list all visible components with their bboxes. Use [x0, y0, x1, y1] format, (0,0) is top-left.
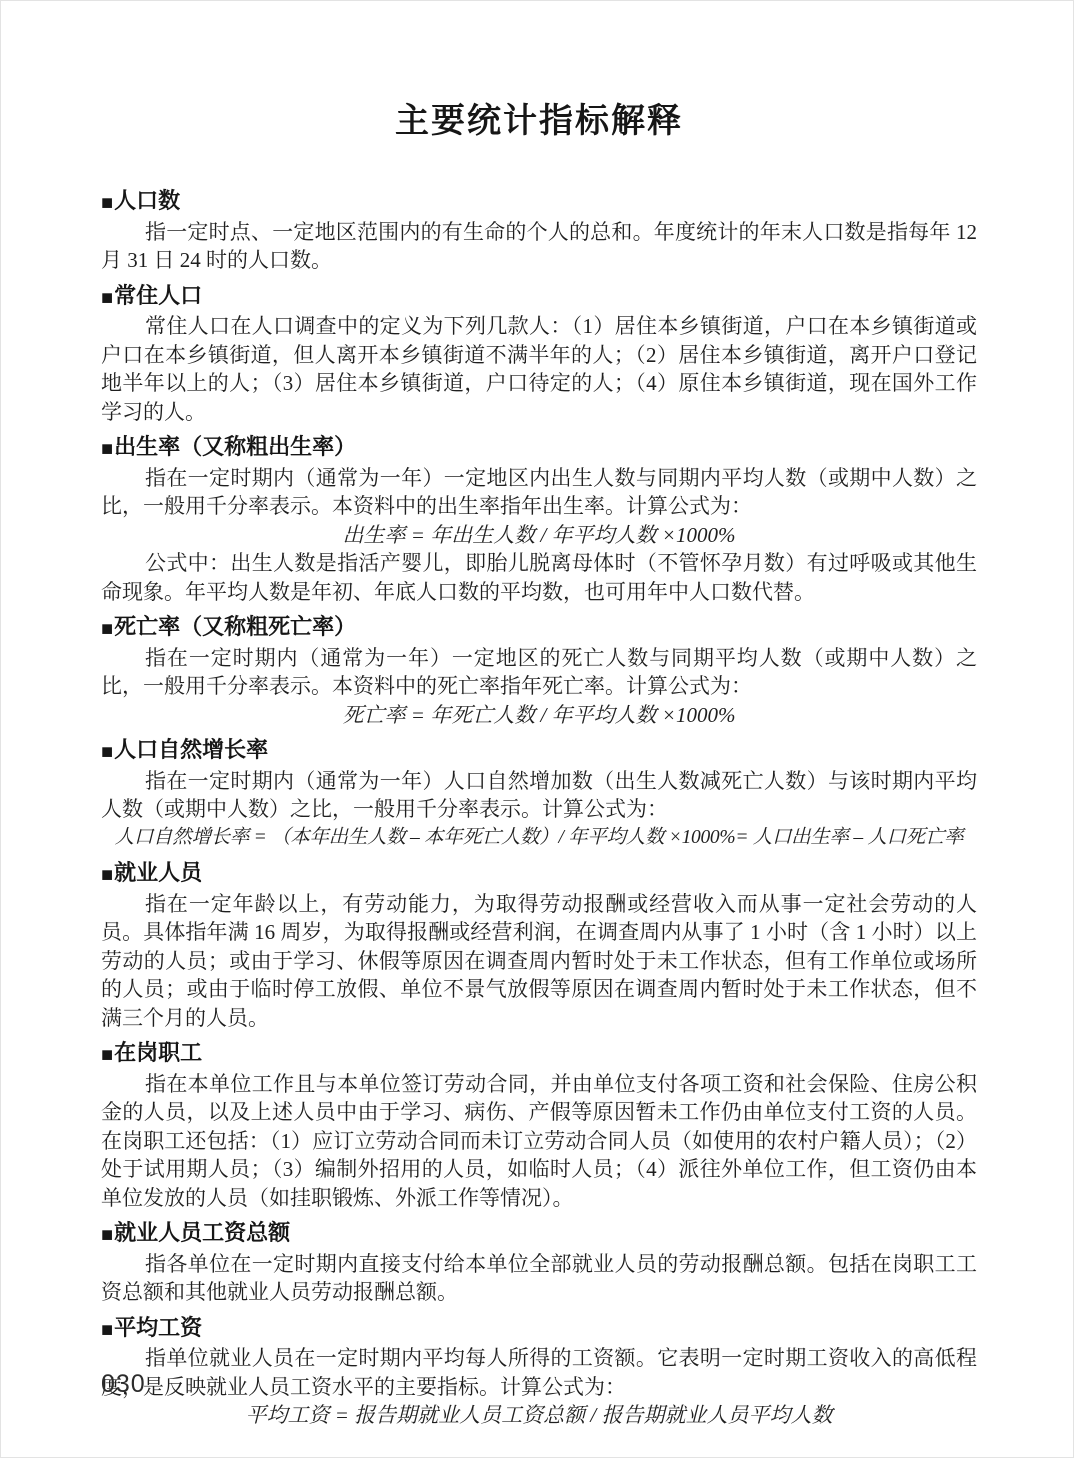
- section-heading-text: 在岗职工: [114, 1040, 202, 1065]
- section-heading: ■人口数: [101, 187, 977, 218]
- page-title: 主要统计指标解释: [101, 101, 977, 141]
- section-bullet-icon: ■: [101, 615, 113, 644]
- section-heading: ■平均工资: [101, 1314, 977, 1345]
- section-heading-text: 常住人口: [114, 283, 202, 308]
- section-heading: ■就业人员: [101, 859, 977, 890]
- formula: 人口自然增长率 = （本年出生人数 – 本年死亡人数）/ 年平均人数 ×1000…: [101, 824, 977, 853]
- paragraph: 指在本单位工作且与本单位签订劳动合同，并由单位支付各项工资和社会保险、住房公积金…: [101, 1070, 977, 1213]
- paragraph: 指一定时点、一定地区范围内的有生命的个人的总和。年度统计的年末人口数是指每年 1…: [101, 218, 977, 275]
- section-bullet-icon: ■: [101, 738, 113, 767]
- section-heading: ■出生率（又称粗出生率）: [101, 433, 977, 464]
- formula: 出生率 = 年出生人数 / 年平均人数 ×1000%: [101, 521, 977, 550]
- section-bullet-icon: ■: [101, 435, 113, 464]
- section-bullet-icon: ■: [101, 1221, 113, 1250]
- formula: 死亡率 = 年死亡人数 / 年平均人数 ×1000%: [101, 701, 977, 730]
- section-heading-text: 死亡率（又称粗死亡率）: [114, 614, 356, 639]
- paragraph: 指在一定时期内（通常为一年）一定地区的死亡人数与同期平均人数（或期中人数）之比，…: [101, 644, 977, 701]
- section-heading-text: 出生率（又称粗出生率）: [114, 434, 356, 459]
- section-heading-text: 人口自然增长率: [114, 737, 268, 762]
- section-bullet-icon: ■: [101, 284, 113, 313]
- section-heading: ■人口自然增长率: [101, 736, 977, 767]
- paragraph: 指在一定时期内（通常为一年）一定地区内出生人数与同期内平均人数（或期中人数）之比…: [101, 464, 977, 521]
- section-bullet-icon: ■: [101, 1041, 113, 1070]
- paragraph: 指各单位在一定时期内直接支付给本单位全部就业人员的劳动报酬总额。包括在岗职工工资…: [101, 1250, 977, 1307]
- document-page: 主要统计指标解释 ■人口数指一定时点、一定地区范围内的有生命的个人的总和。年度统…: [0, 0, 1074, 1458]
- page-number: 030: [101, 1370, 146, 1399]
- paragraph: 指在一定年龄以上，有劳动能力，为取得劳动报酬或经营收入而从事一定社会劳动的人员。…: [101, 890, 977, 1033]
- section-heading: ■常住人口: [101, 282, 977, 313]
- paragraph: 公式中：出生人数是指活产婴儿，即胎儿脱离母体时（不管怀孕月数）有过呼吸或其他生命…: [101, 549, 977, 606]
- section-heading: ■在岗职工: [101, 1039, 977, 1070]
- paragraph: 指单位就业人员在一定时期内平均每人所得的工资额。它表明一定时期工资收入的高低程度…: [101, 1344, 977, 1401]
- section-bullet-icon: ■: [101, 861, 113, 890]
- section-heading: ■就业人员工资总额: [101, 1219, 977, 1250]
- section-heading-text: 就业人员工资总额: [114, 1220, 290, 1245]
- paragraph: 常住人口在人口调查中的定义为下列几款人：（1）居住本乡镇街道，户口在本乡镇街道或…: [101, 312, 977, 426]
- paragraph: 指在一定时期内（通常为一年）人口自然增加数（出生人数减死亡人数）与该时期内平均人…: [101, 767, 977, 824]
- sections-container: ■人口数指一定时点、一定地区范围内的有生命的个人的总和。年度统计的年末人口数是指…: [101, 187, 977, 1430]
- formula: 平均工资 = 报告期就业人员工资总额 / 报告期就业人员平均人数: [101, 1401, 977, 1430]
- section-bullet-icon: ■: [101, 189, 113, 218]
- section-heading-text: 就业人员: [114, 860, 202, 885]
- section-bullet-icon: ■: [101, 1316, 113, 1345]
- section-heading-text: 人口数: [114, 188, 180, 213]
- section-heading: ■死亡率（又称粗死亡率）: [101, 613, 977, 644]
- section-heading-text: 平均工资: [114, 1315, 202, 1340]
